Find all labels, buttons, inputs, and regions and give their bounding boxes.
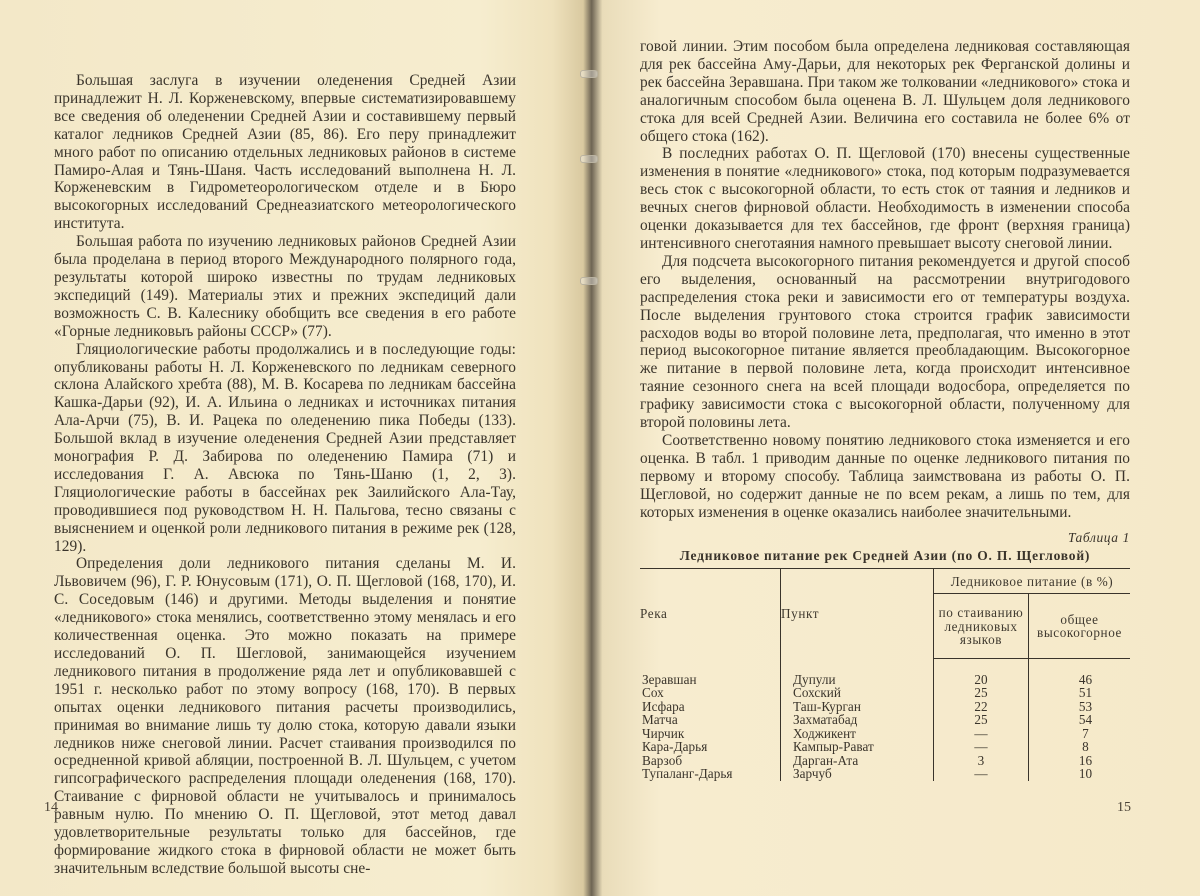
table-title: Ледниковое питание рек Средней Азии (по … — [640, 547, 1130, 569]
cell-river: Варзоб — [640, 754, 781, 768]
paragraph: говой линии. Этим пособом была определен… — [640, 38, 1130, 145]
cell-by-melting: 25 — [934, 686, 1029, 700]
cell-by-melting: 25 — [934, 713, 1029, 727]
cell-station: Дупули — [781, 673, 934, 687]
column-group-header: Ледниковое питание (в %) — [934, 569, 1131, 594]
page-number: 14 — [44, 800, 58, 816]
cell-total: 51 — [1029, 686, 1131, 700]
glacier-feeding-table: Река Пункт Ледниковое питание (в %) по с… — [640, 569, 1130, 780]
column-header-total: общее высокогорное — [1029, 594, 1131, 659]
paragraph: Большая работа по изучению ледниковых ра… — [54, 233, 516, 340]
cell-by-melting: 22 — [934, 700, 1029, 714]
book-spread: Большая заслуга в изучении оледенения Ср… — [0, 0, 1200, 896]
cell-station: Кампыр-Рават — [781, 740, 934, 754]
page-number: 15 — [1117, 800, 1131, 816]
cell-station: Захматабад — [781, 713, 934, 727]
right-page-body: говой линии. Этим пособом была определен… — [640, 38, 1130, 781]
cell-total: 53 — [1029, 700, 1131, 714]
left-page-body: Большая заслуга в изучении оледенения Ср… — [54, 72, 516, 878]
paragraph: Соответственно новому понятию ледниковог… — [640, 432, 1130, 522]
cell-station: Таш-Курган — [781, 700, 934, 714]
cell-total: 46 — [1029, 673, 1131, 687]
cell-station: Дарган-Ата — [781, 754, 934, 768]
cell-river: Сох — [640, 686, 781, 700]
column-header-by-melting: по стаиванию ледниковых языков — [934, 594, 1029, 659]
cell-total: 10 — [1029, 767, 1131, 781]
column-header-station: Пункт — [781, 569, 934, 659]
cell-by-melting: 20 — [934, 673, 1029, 687]
table-row: Зеравшан Дупули 20 46 — [640, 673, 1130, 687]
right-page: говой линии. Этим пособом была определен… — [600, 0, 1200, 896]
paragraph: Для подсчета высокогорного питания реком… — [640, 253, 1130, 432]
left-page: Большая заслуга в изучении оледенения Ср… — [0, 0, 592, 896]
paragraph: В последних работах О. П. Щегловой (170)… — [640, 145, 1130, 252]
cell-river: Исфара — [640, 700, 781, 714]
cell-station: Сохский — [781, 686, 934, 700]
table-caption: Таблица 1 — [640, 529, 1130, 547]
cell-by-melting: — — [934, 767, 1029, 781]
cell-total: 7 — [1029, 727, 1131, 741]
cell-total: 16 — [1029, 754, 1131, 768]
table-row: Варзоб Дарган-Ата 3 16 — [640, 754, 1130, 768]
cell-total: 54 — [1029, 713, 1131, 727]
cell-river: Чирчик — [640, 727, 781, 741]
paragraph: Большая заслуга в изучении оледенения Ср… — [54, 72, 516, 233]
column-header-river: Река — [640, 569, 781, 659]
cell-by-melting: 3 — [934, 754, 1029, 768]
table-row: Матча Захматабад 25 54 — [640, 713, 1130, 727]
cell-station: Ходжикент — [781, 727, 934, 741]
cell-river: Зеравшан — [640, 673, 781, 687]
table-row: Чирчик Ходжикент — 7 — [640, 727, 1130, 741]
cell-river: Кара-Дарья — [640, 740, 781, 754]
cell-by-melting: — — [934, 727, 1029, 741]
cell-by-melting: — — [934, 740, 1029, 754]
cell-river: Матча — [640, 713, 781, 727]
table-row: Сох Сохский 25 51 — [640, 686, 1130, 700]
cell-total: 8 — [1029, 740, 1131, 754]
paragraph: Гляциологические работы продолжались и в… — [54, 341, 516, 556]
table-row: Кара-Дарья Кампыр-Рават — 8 — [640, 740, 1130, 754]
table-row: Тупаланг-Дарья Зарчуб — 10 — [640, 767, 1130, 781]
cell-river: Тупаланг-Дарья — [640, 767, 781, 781]
table-row: Исфара Таш-Курган 22 53 — [640, 700, 1130, 714]
paragraph: Определения доли ледникового питания сде… — [54, 555, 516, 877]
cell-station: Зарчуб — [781, 767, 934, 781]
